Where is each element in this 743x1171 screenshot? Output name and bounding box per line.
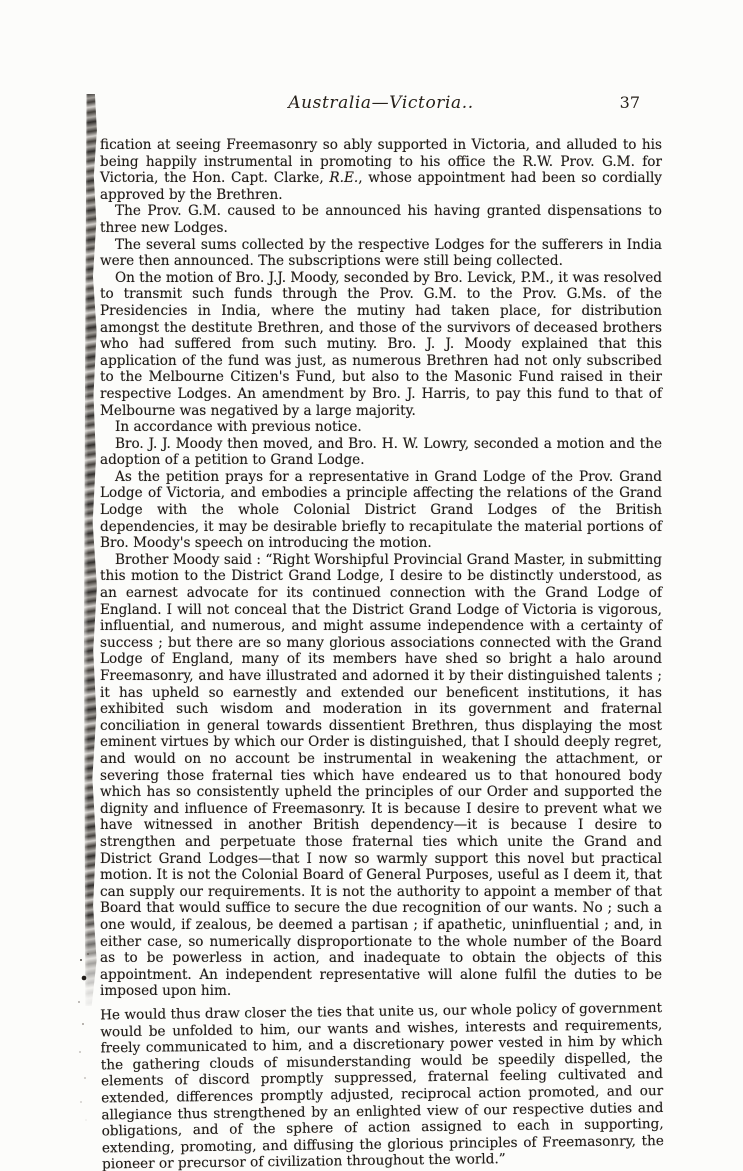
paragraph-petition-summary: As the petition prays for a representati… bbox=[100, 469, 662, 552]
binding-gutter-shadow bbox=[84, 94, 98, 1006]
paragraph-moody-motion-funds: On the motion of Bro. J.J. Moody, second… bbox=[100, 270, 662, 419]
paragraph-moody-speech: Brother Moody said : “Right Worshipful P… bbox=[100, 552, 662, 1000]
binding-ink-specks bbox=[72, 950, 98, 1150]
paragraph-previous-notice: In accordance with previous notice. bbox=[100, 419, 662, 436]
italic-abbreviation: R.E. bbox=[329, 170, 358, 186]
scanned-book-page: Australia—Victoria.. 37 fication at seei… bbox=[0, 0, 743, 1171]
page-number: 37 bbox=[540, 93, 640, 112]
paragraph-continuation: fication at seeing Freemasonry so ably s… bbox=[100, 137, 662, 203]
paragraph-dispensations: The Prov. G.M. caused to be announced hi… bbox=[100, 203, 662, 236]
paragraph-india-sums: The several sums collected by the respec… bbox=[100, 237, 662, 270]
page-body-text: fication at seeing Freemasonry so ably s… bbox=[100, 137, 662, 1166]
paragraph-moody-speech-end: He would thus draw closer the ties that … bbox=[100, 1000, 664, 1171]
paragraph-petition-moved: Bro. J. J. Moody then moved, and Bro. H.… bbox=[100, 436, 662, 469]
